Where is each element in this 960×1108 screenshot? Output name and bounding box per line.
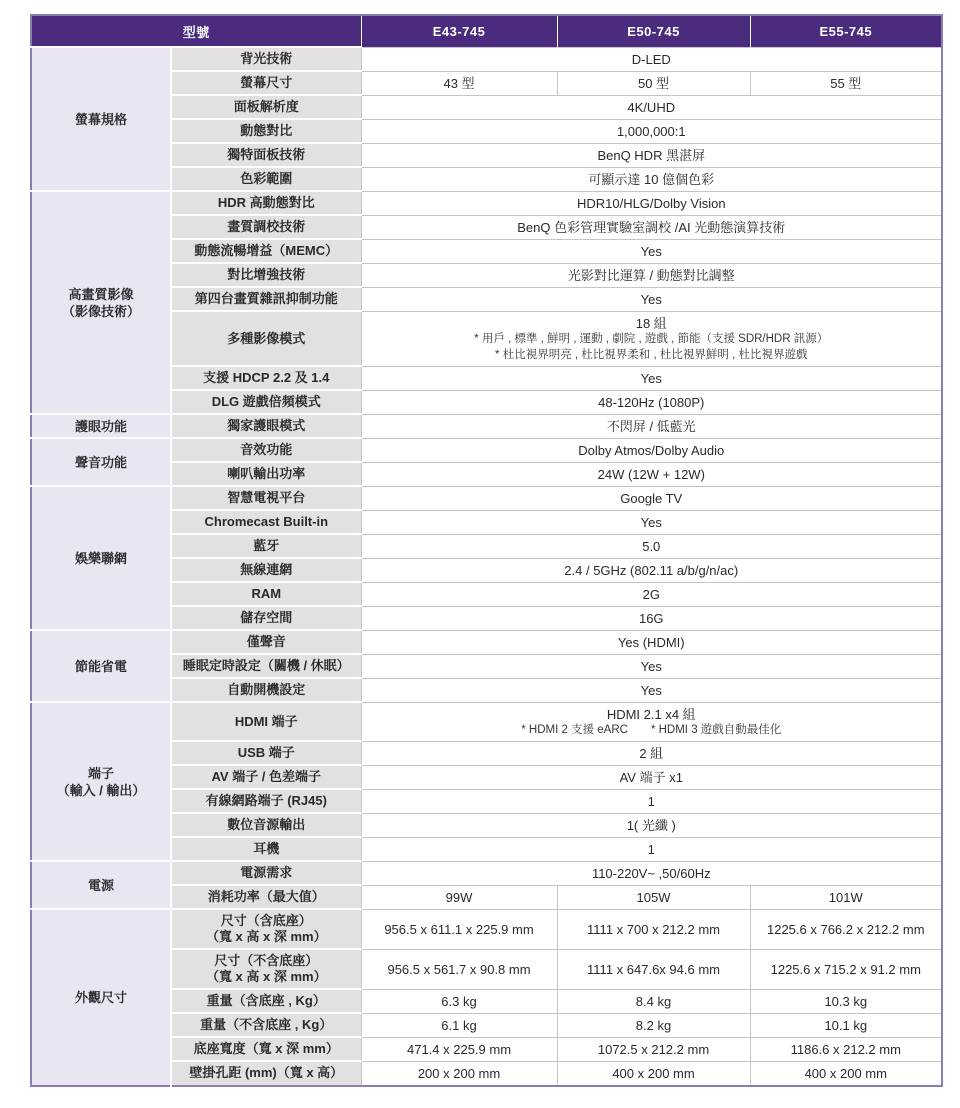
value-cell-model-3: 1225.6 x 715.2 x 91.2 mm	[750, 949, 942, 989]
row-label: 藍牙	[171, 534, 361, 558]
section-label: 電源	[31, 861, 171, 909]
value-cell-model-3: 1225.6 x 766.2 x 212.2 mm	[750, 909, 942, 949]
value-cell-all-models: Yes	[361, 239, 942, 263]
value-cell-model-3: 55 型	[750, 71, 942, 95]
row-label: 獨家護眼模式	[171, 414, 361, 438]
value-text: AV 端子 x1	[368, 769, 936, 786]
value-cell-all-models: Yes (HDMI)	[361, 630, 942, 654]
value-cell-model-1: 956.5 x 561.7 x 90.8 mm	[361, 949, 557, 989]
header-model-3: E55-745	[750, 15, 942, 47]
row-label: 耳機	[171, 837, 361, 861]
spec-row: 節能省電僅聲音Yes (HDMI)	[31, 630, 942, 654]
spec-row: 電源電源需求110-220V~ ,50/60Hz	[31, 861, 942, 885]
value-cell-model-2: 8.4 kg	[557, 989, 750, 1013]
value-cell-all-models: 1( 光纖 )	[361, 813, 942, 837]
value-cell-all-models: D-LED	[361, 47, 942, 71]
value-text: 1( 光纖 )	[368, 817, 936, 834]
row-label: 尺寸（不含底座） （寬 x 高 x 深 mm）	[171, 949, 361, 989]
value-cell-all-models: 1	[361, 789, 942, 813]
value-text: 1	[368, 841, 936, 858]
row-label: 智慧電視平台	[171, 486, 361, 510]
row-label: HDMI 端子	[171, 702, 361, 741]
value-cell-model-1: 99W	[361, 885, 557, 909]
value-cell-all-models: 4K/UHD	[361, 95, 942, 119]
spec-table-body: 螢幕規格背光技術D-LED螢幕尺寸43 型50 型55 型面板解析度4K/UHD…	[31, 47, 942, 1086]
value-cell-model-2: 105W	[557, 885, 750, 909]
value-cell-model-2: 50 型	[557, 71, 750, 95]
section-label: 端子 （輸入 / 輸出）	[31, 702, 171, 861]
value-text: Yes	[368, 682, 936, 699]
header-model-2: E50-745	[557, 15, 750, 47]
value-cell-model-2: 400 x 200 mm	[557, 1061, 750, 1086]
value-cell-all-models: AV 端子 x1	[361, 765, 942, 789]
value-text: Yes	[368, 658, 936, 675]
value-cell-model-3: 1186.6 x 212.2 mm	[750, 1037, 942, 1061]
row-label: Chromecast Built-in	[171, 510, 361, 534]
value-cell-all-models: Yes	[361, 366, 942, 390]
value-cell-all-models: HDMI 2.1 x4 組* HDMI 2 支援 eARC * HDMI 3 遊…	[361, 702, 942, 741]
value-cell-all-models: 光影對比運算 / 動態對比調整	[361, 263, 942, 287]
row-label: 背光技術	[171, 47, 361, 71]
row-label: 重量（含底座 , Kg）	[171, 989, 361, 1013]
section-label: 節能省電	[31, 630, 171, 702]
value-cell-model-1: 6.3 kg	[361, 989, 557, 1013]
value-cell-all-models: 1,000,000:1	[361, 119, 942, 143]
row-label: 儲存空間	[171, 606, 361, 630]
value-cell-model-1: 200 x 200 mm	[361, 1061, 557, 1086]
header-model-1: E43-745	[361, 15, 557, 47]
row-label: 消耗功率（最大值）	[171, 885, 361, 909]
row-label: 多種影像模式	[171, 311, 361, 366]
value-text: 48-120Hz (1080P)	[368, 394, 936, 411]
spec-row: 螢幕規格背光技術D-LED	[31, 47, 942, 71]
value-text: 2G	[368, 586, 936, 603]
value-cell-model-1: 43 型	[361, 71, 557, 95]
value-cell-model-2: 1072.5 x 212.2 mm	[557, 1037, 750, 1061]
value-text: 24W (12W + 12W)	[368, 466, 936, 483]
value-cell-model-2: 8.2 kg	[557, 1013, 750, 1037]
value-cell-all-models: 5.0	[361, 534, 942, 558]
value-note: * HDMI 2 支援 eARC * HDMI 3 遊戲自動最佳化	[368, 723, 936, 738]
row-label: 喇叭輸出功率	[171, 462, 361, 486]
section-label: 高畫質影像 （影像技術）	[31, 191, 171, 414]
value-cell-model-2: 1111 x 647.6x 94.6 mm	[557, 949, 750, 989]
row-label: 無線連網	[171, 558, 361, 582]
value-cell-model-3: 101W	[750, 885, 942, 909]
row-label: 面板解析度	[171, 95, 361, 119]
row-label: 自動開機設定	[171, 678, 361, 702]
value-text: 110-220V~ ,50/60Hz	[368, 865, 936, 882]
spec-row: 外觀尺寸尺寸（含底座） （寬 x 高 x 深 mm）956.5 x 611.1 …	[31, 909, 942, 949]
value-text: 2 組	[368, 745, 936, 762]
row-label: 支援 HDCP 2.2 及 1.4	[171, 366, 361, 390]
row-label: 僅聲音	[171, 630, 361, 654]
row-label: 尺寸（含底座） （寬 x 高 x 深 mm）	[171, 909, 361, 949]
section-label: 外觀尺寸	[31, 909, 171, 1086]
value-cell-all-models: 48-120Hz (1080P)	[361, 390, 942, 414]
value-text: Yes	[368, 370, 936, 387]
value-cell-all-models: Yes	[361, 287, 942, 311]
value-text: HDR10/HLG/Dolby Vision	[368, 195, 936, 212]
value-cell-all-models: BenQ HDR 黑湛屏	[361, 143, 942, 167]
value-note: * 用戶 , 標準 , 鮮明 , 運動 , 劇院 , 遊戲 , 節能（支援 SD…	[368, 332, 936, 347]
spec-row: 聲音功能音效功能Dolby Atmos/Dolby Audio	[31, 438, 942, 462]
value-cell-all-models: 16G	[361, 606, 942, 630]
value-text: Google TV	[368, 490, 936, 507]
value-cell-all-models: Google TV	[361, 486, 942, 510]
value-cell-model-1: 956.5 x 611.1 x 225.9 mm	[361, 909, 557, 949]
row-label: 獨特面板技術	[171, 143, 361, 167]
row-label: 有線網路端子 (RJ45)	[171, 789, 361, 813]
row-label: 數位音源輸出	[171, 813, 361, 837]
value-text: 18 組	[368, 315, 936, 332]
spec-row: 高畫質影像 （影像技術）HDR 高動態對比HDR10/HLG/Dolby Vis…	[31, 191, 942, 215]
value-cell-all-models: Yes	[361, 510, 942, 534]
value-cell-all-models: 可顯示達 10 億個色彩	[361, 167, 942, 191]
row-label: 螢幕尺寸	[171, 71, 361, 95]
row-label: 音效功能	[171, 438, 361, 462]
value-cell-model-2: 1111 x 700 x 212.2 mm	[557, 909, 750, 949]
value-text: 1	[368, 793, 936, 810]
row-label: 壁掛孔距 (mm)（寬 x 高）	[171, 1061, 361, 1086]
value-text: BenQ 色彩管理實驗室調校 /AI 光動態演算技術	[368, 219, 936, 236]
header-row: 型號 E43-745 E50-745 E55-745	[31, 15, 942, 47]
value-text: 可顯示達 10 億個色彩	[368, 171, 936, 188]
row-label: AV 端子 / 色差端子	[171, 765, 361, 789]
value-cell-all-models: 2G	[361, 582, 942, 606]
row-label: 重量（不含底座 , Kg）	[171, 1013, 361, 1037]
spec-row: 護眼功能獨家護眼模式不閃屏 / 低藍光	[31, 414, 942, 438]
value-text: 光影對比運算 / 動態對比調整	[368, 267, 936, 284]
value-text: 16G	[368, 610, 936, 627]
value-cell-model-3: 10.3 kg	[750, 989, 942, 1013]
value-cell-all-models: 110-220V~ ,50/60Hz	[361, 861, 942, 885]
value-cell-all-models: BenQ 色彩管理實驗室調校 /AI 光動態演算技術	[361, 215, 942, 239]
value-cell-all-models: Dolby Atmos/Dolby Audio	[361, 438, 942, 462]
spec-row: 娛樂聯網智慧電視平台Google TV	[31, 486, 942, 510]
value-text: 1,000,000:1	[368, 123, 936, 140]
value-text: 2.4 / 5GHz (802.11 a/b/g/n/ac)	[368, 562, 936, 579]
value-note: * 杜比視界明亮 , 杜比視界柔和 , 杜比視界鮮明 , 杜比視界遊戲	[368, 348, 936, 363]
value-cell-all-models: Yes	[361, 654, 942, 678]
value-cell-all-models: 2 組	[361, 741, 942, 765]
value-text: Yes	[368, 243, 936, 260]
section-label: 螢幕規格	[31, 47, 171, 191]
value-text: Yes	[368, 514, 936, 531]
row-label: 動態流暢增益（MEMC）	[171, 239, 361, 263]
value-text: Dolby Atmos/Dolby Audio	[368, 442, 936, 459]
value-cell-model-3: 400 x 200 mm	[750, 1061, 942, 1086]
value-text: 4K/UHD	[368, 99, 936, 116]
row-label: 對比增強技術	[171, 263, 361, 287]
row-label: DLG 遊戲倍頻模式	[171, 390, 361, 414]
value-text: HDMI 2.1 x4 組	[368, 706, 936, 723]
spec-row: 端子 （輸入 / 輸出）HDMI 端子HDMI 2.1 x4 組* HDMI 2…	[31, 702, 942, 741]
value-cell-all-models: 1	[361, 837, 942, 861]
row-label: 色彩範圍	[171, 167, 361, 191]
section-label: 娛樂聯網	[31, 486, 171, 630]
value-cell-all-models: 18 組* 用戶 , 標準 , 鮮明 , 運動 , 劇院 , 遊戲 , 節能（支…	[361, 311, 942, 366]
value-text: 不閃屏 / 低藍光	[368, 418, 936, 435]
row-label: 畫質調校技術	[171, 215, 361, 239]
value-text: BenQ HDR 黑湛屏	[368, 147, 936, 164]
spec-table: 型號 E43-745 E50-745 E55-745 螢幕規格背光技術D-LED…	[30, 14, 943, 1087]
row-label: 動態對比	[171, 119, 361, 143]
section-label: 護眼功能	[31, 414, 171, 438]
value-cell-model-3: 10.1 kg	[750, 1013, 942, 1037]
value-cell-all-models: 24W (12W + 12W)	[361, 462, 942, 486]
row-label: 睡眠定時設定（關機 / 休眠）	[171, 654, 361, 678]
section-label: 聲音功能	[31, 438, 171, 486]
value-text: D-LED	[368, 51, 936, 68]
value-cell-model-1: 6.1 kg	[361, 1013, 557, 1037]
row-label: USB 端子	[171, 741, 361, 765]
value-cell-all-models: HDR10/HLG/Dolby Vision	[361, 191, 942, 215]
value-cell-all-models: Yes	[361, 678, 942, 702]
value-cell-model-1: 471.4 x 225.9 mm	[361, 1037, 557, 1061]
value-text: 5.0	[368, 538, 936, 555]
value-text: Yes (HDMI)	[368, 634, 936, 651]
value-text: Yes	[368, 291, 936, 308]
row-label: 電源需求	[171, 861, 361, 885]
row-label: RAM	[171, 582, 361, 606]
row-label: 第四台畫質雜訊抑制功能	[171, 287, 361, 311]
row-label: 底座寬度（寬 x 深 mm）	[171, 1037, 361, 1061]
spec-table-container: 型號 E43-745 E50-745 E55-745 螢幕規格背光技術D-LED…	[30, 14, 941, 1087]
header-corner-label: 型號	[31, 15, 361, 47]
value-cell-all-models: 2.4 / 5GHz (802.11 a/b/g/n/ac)	[361, 558, 942, 582]
row-label: HDR 高動態對比	[171, 191, 361, 215]
value-cell-all-models: 不閃屏 / 低藍光	[361, 414, 942, 438]
